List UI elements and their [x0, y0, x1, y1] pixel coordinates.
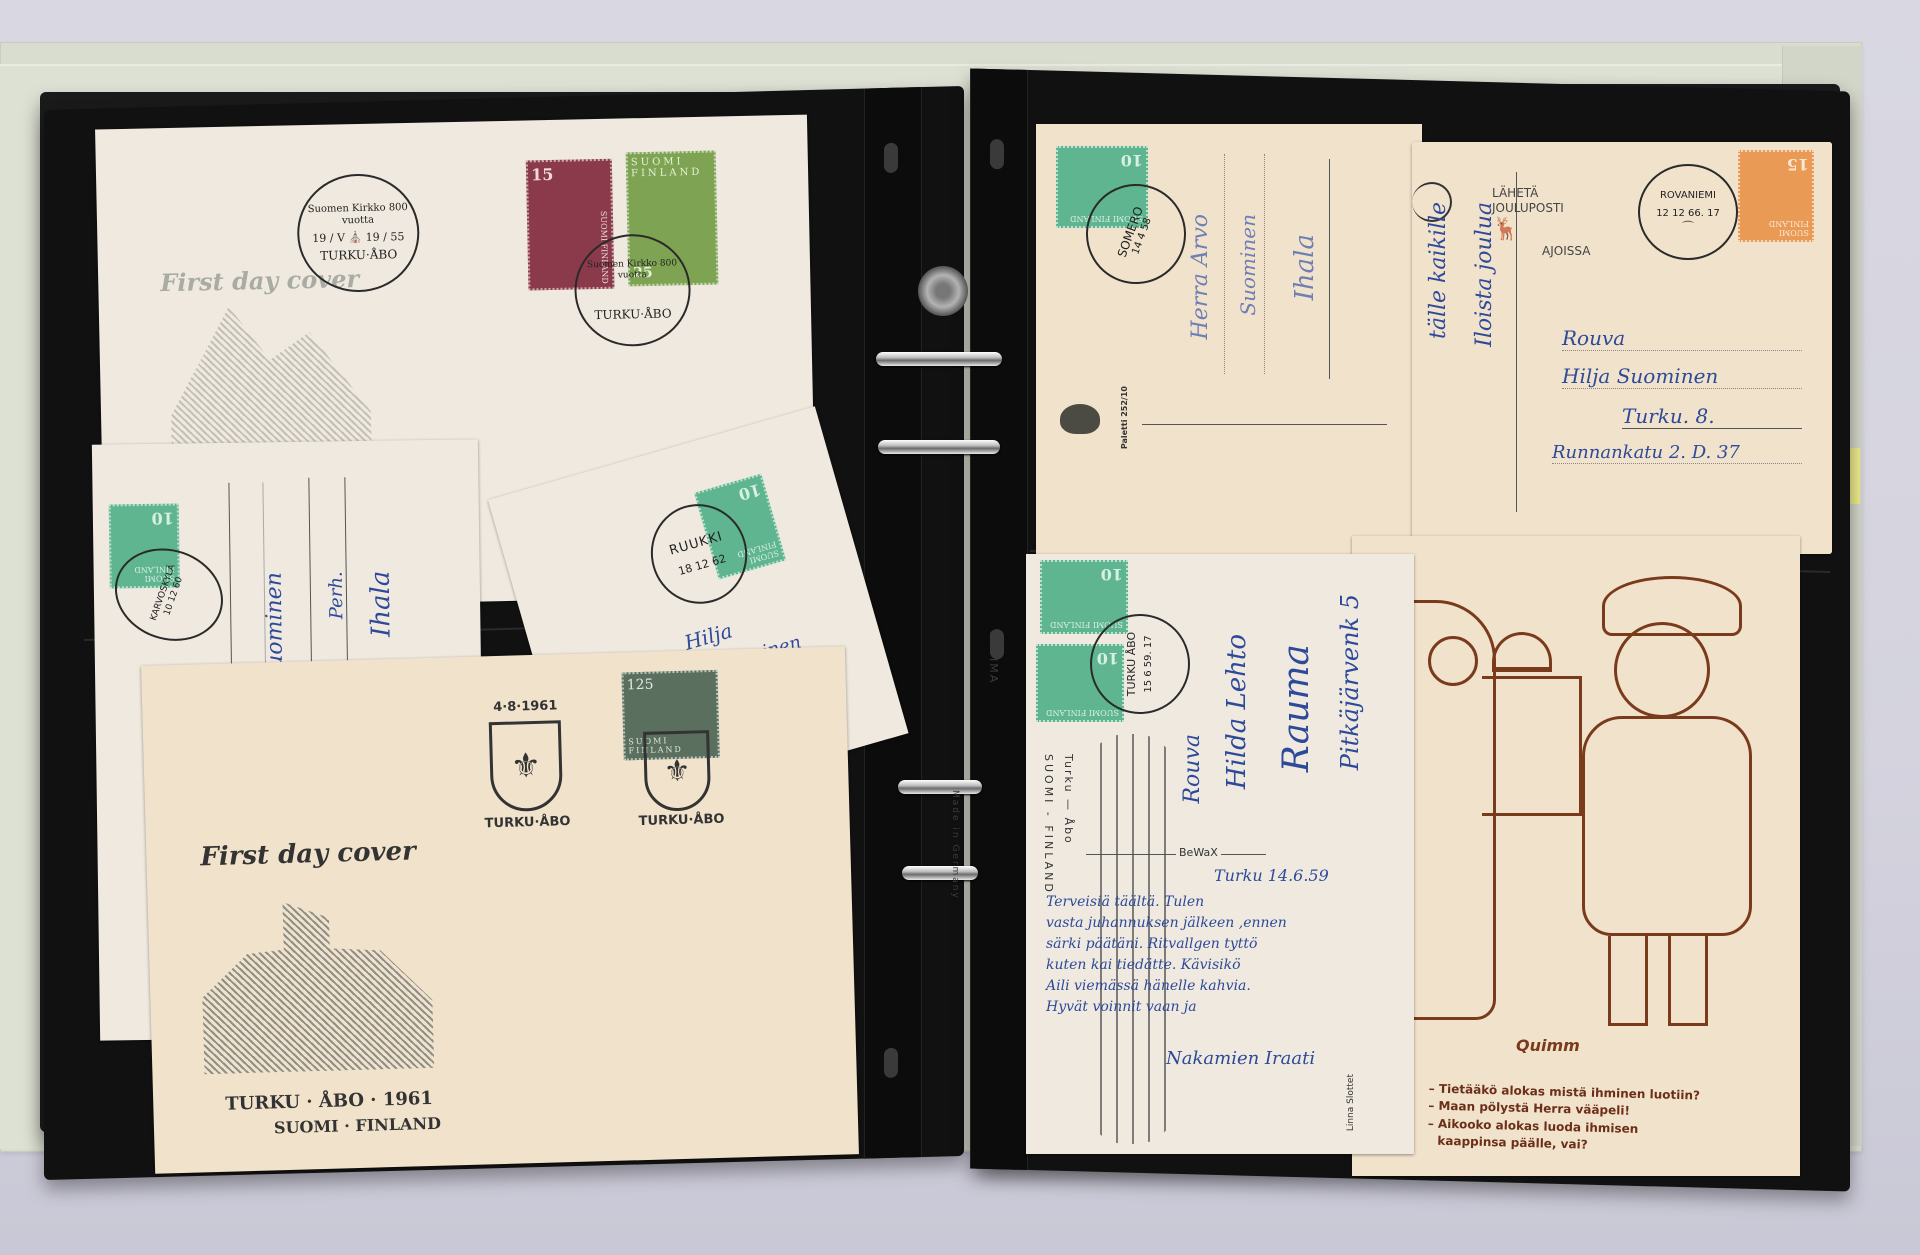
- fdc-title: First day cover: [200, 836, 416, 872]
- artist-signature: Quimm: [1516, 1036, 1580, 1055]
- fdc-cancel-date: 4·8·1961: [482, 698, 568, 715]
- turku-cancel: TURKU ÅBO 15 6 59. 17: [1090, 614, 1190, 714]
- publisher-imprint: BeWaX: [1176, 846, 1221, 859]
- sergeant-leg: [1668, 936, 1708, 1026]
- address-line-3: Ihala: [1290, 234, 1320, 300]
- stamp-15-lion: SUOMI FINLAND 15: [1738, 150, 1814, 242]
- cancel-date: 19 / V ⛪ 19 / 55: [312, 230, 404, 245]
- slogan-line-1: LÄHETÄ: [1492, 186, 1590, 201]
- cancel-text: Suomen Kirkko 800 vuotta: [299, 202, 417, 228]
- cathedral-cancel: Suomen Kirkko 800 vuotta 19 / V ⛪ 19 / 5…: [296, 173, 420, 294]
- slogan-line-2: JOULUPOSTI: [1492, 201, 1590, 216]
- cancel-place: TURKU·ÅBO: [320, 248, 397, 264]
- binder-ring[interactable]: [878, 440, 1000, 454]
- cartoon-postcard[interactable]: Quimm – Tietääkö alokas mistä ihminen lu…: [1352, 536, 1800, 1176]
- helmet-drawing: [1492, 632, 1552, 672]
- paletti-logo-icon: [1060, 404, 1100, 434]
- address-rule: [1329, 159, 1330, 379]
- address-line-4: Ihala: [366, 570, 397, 637]
- punch-hole: [884, 1048, 898, 1078]
- fdc-1961[interactable]: First day cover 4·8·1961 ⚜ TURKU·ÅBO 125…: [141, 646, 859, 1173]
- side-print-2: Turku — Åbo: [1062, 754, 1075, 845]
- punch-hole: [990, 139, 1004, 169]
- address-line-guide: [1264, 154, 1265, 374]
- coat-of-arms-cancel-on-stamp: ⚜: [643, 730, 711, 812]
- sergeant-head: [1614, 622, 1710, 718]
- binder-ring[interactable]: [902, 866, 978, 880]
- recruit-head: [1428, 636, 1478, 686]
- spine-imprint-optima: OPTIMA: [987, 630, 1000, 684]
- address-line-1: Herra Arvo: [1188, 214, 1213, 339]
- slogan-cancel: LÄHETÄ JOULUPOSTI 🦌 AJOISSA: [1492, 186, 1590, 259]
- punch-hole: [884, 143, 898, 173]
- fdc-caption-line-2: SUOMI · FINLAND: [274, 1114, 441, 1138]
- address-line-1: Rouva: [1180, 734, 1205, 804]
- reindeer-sleigh-icon: 🦌: [1492, 216, 1590, 244]
- fdc-cancel-place-2: TURKU·ÅBO: [633, 812, 729, 830]
- message-line: vasta juhannuksen jälkeen ,ennen: [1046, 913, 1406, 934]
- address-line-1: Rouva: [1562, 326, 1802, 351]
- sergeant-body: [1582, 716, 1752, 936]
- address-line-2: Suominen: [1236, 214, 1260, 316]
- spine-imprint-germany: Made in Germany: [950, 790, 960, 900]
- message-line: Hyvät voinnit vaan ja: [1046, 997, 1406, 1018]
- coat-of-arms-cancel: ⚜: [489, 720, 563, 812]
- side-print: SUOMI - FINLAND: [1042, 754, 1055, 895]
- greeting-line-2: tälle kaikille: [1426, 202, 1451, 339]
- address-line-4: Runnankatu 2. D. 37: [1552, 442, 1802, 464]
- address-line-guide: [1224, 154, 1225, 374]
- address-line-3: Rauma: [1276, 644, 1317, 772]
- address-line-4: Pitkäjärvenk 5: [1336, 594, 1364, 770]
- publisher-imprint: Paletti 252/10: [1120, 386, 1129, 449]
- message-line: kuten kai tiedätte. Kävisikö: [1046, 955, 1406, 976]
- binder-ring[interactable]: [876, 352, 1002, 366]
- address-line-2: Hilda Lehto: [1222, 634, 1252, 789]
- ring-mechanism-rivet: [918, 266, 968, 316]
- postcard-turku[interactable]: SUOMI FINLAND 10 SUOMI FINLAND 10 TURKU …: [1026, 554, 1414, 1154]
- message-line: särki päätäni. Ritvallgen tyttö: [1046, 934, 1406, 955]
- cathedral-cancel-on-stamp: Suomen Kirkko 800 vuotta TURKU·ÅBO: [573, 233, 691, 347]
- signature: Nakamien Iraati: [1166, 1048, 1315, 1069]
- fdc-caption-line-1: TURKU · ÅBO · 1961: [225, 1088, 433, 1115]
- binder-ring[interactable]: [898, 780, 982, 794]
- postcard-rovaniemi[interactable]: tälle kaikille Iloista joulua LÄHETÄ JOU…: [1412, 142, 1832, 554]
- cartoon-caption: – Tietääkö alokas mistä ihminen luotiin?…: [1427, 1080, 1700, 1157]
- sergeant-leg: [1608, 936, 1648, 1026]
- address-line-3: Perh.: [326, 571, 348, 619]
- posthorn-icon: ⌒: [1682, 220, 1694, 234]
- handwritten-message: Terveisiä täältä. Tulen vasta juhannukse…: [1046, 892, 1406, 1018]
- right-binding-strip: [970, 68, 1028, 1170]
- message-divider: [1142, 424, 1387, 425]
- cabinet-drawing: [1482, 676, 1582, 816]
- message-line: Aili viemässä hänelle kahvia.: [1046, 976, 1406, 997]
- address-line-2: Hilja Suominen: [1562, 364, 1802, 389]
- message-line: Terveisiä täältä. Tulen: [1046, 892, 1406, 913]
- fdc-cancel-place: TURKU·ÅBO: [479, 814, 575, 832]
- slogan-line-3: AJOISSA: [1542, 244, 1590, 259]
- address-line-3: Turku. 8.: [1622, 404, 1802, 429]
- card-imprint: Linna Slottet: [1346, 1074, 1356, 1131]
- postcard-somero[interactable]: SUOMI FINLAND 10 SOMERO 14 4 58 Herra Ar…: [1036, 124, 1422, 584]
- message-date: Turku 14.6.59: [1214, 866, 1329, 885]
- turku-castle-engraving: [200, 898, 435, 1074]
- rovaniemi-cancel: ROVANIEMI 12 12 66. 17 ⌒: [1638, 164, 1738, 260]
